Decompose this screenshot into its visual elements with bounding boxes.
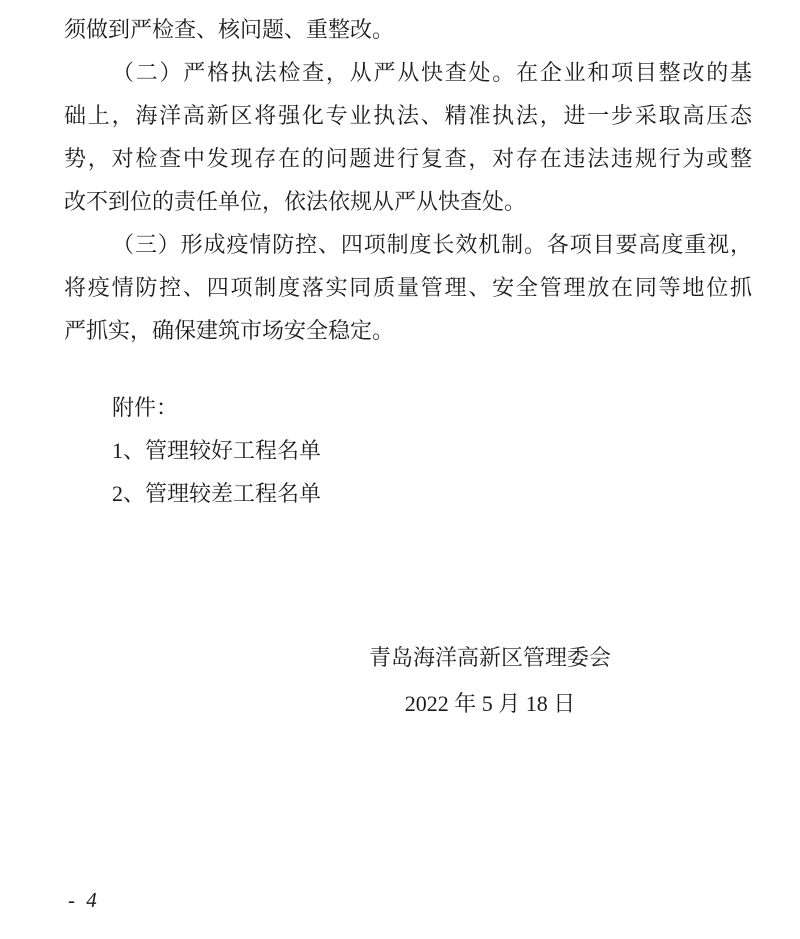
- text-line: 须做到严检查、核问题、重整改。: [64, 8, 752, 51]
- text-line: 将疫情防控、四项制度落实同质量管理、安全管理放在同等地位抓: [64, 266, 752, 309]
- body-text: 须做到严检查、核问题、重整改。 （二）严格执法检查，从严从快查处。在企业和项目整…: [64, 8, 752, 727]
- attachment-section: 附件： 1、管理较好工程名单 2、管理较差工程名单: [64, 386, 752, 515]
- document-page: 须做到严检查、核问题、重整改。 （二）严格执法检查，从严从快查处。在企业和项目整…: [0, 0, 800, 939]
- text-line: 础上，海洋高新区将强化专业执法、精准执法，进一步采取高压态: [64, 94, 752, 137]
- text-line: （二）严格执法检查，从严从快查处。在企业和项目整改的基: [64, 51, 752, 94]
- signature-org: 青岛海洋高新区管理委会: [330, 635, 650, 681]
- signature-block: 青岛海洋高新区管理委会 2022 年 5 月 18 日: [330, 635, 650, 727]
- attachment-item: 1、管理较好工程名单: [64, 429, 752, 472]
- signature-date: 2022 年 5 月 18 日: [330, 681, 650, 727]
- attachment-label: 附件：: [64, 386, 752, 429]
- attachment-item: 2、管理较差工程名单: [64, 472, 752, 515]
- text-line: 严抓实，确保建筑市场安全稳定。: [64, 309, 752, 352]
- text-line: （三）形成疫情防控、四项制度长效机制。各项目要高度重视，: [64, 223, 752, 266]
- page-number: - 4: [68, 888, 100, 913]
- text-line: 势，对检查中发现存在的问题进行复查，对存在违法违规行为或整: [64, 137, 752, 180]
- text-line: 改不到位的责任单位，依法依规从严从快查处。: [64, 180, 752, 223]
